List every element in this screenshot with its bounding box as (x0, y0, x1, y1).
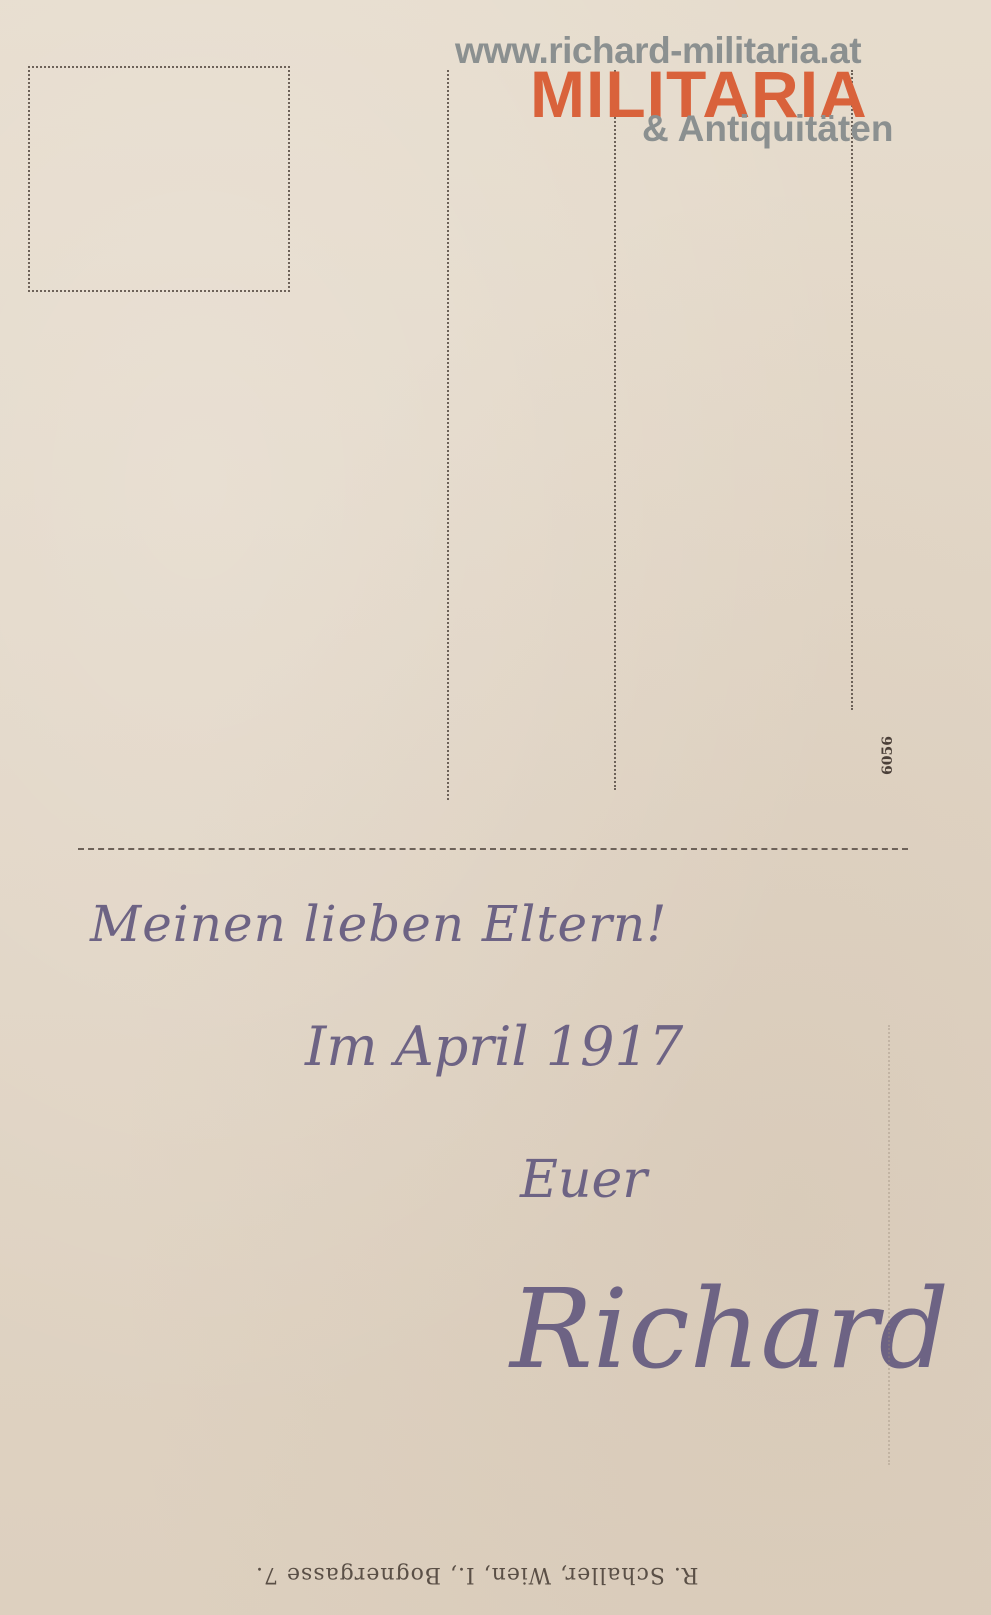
stamp-placeholder-box (28, 66, 290, 292)
handwritten-signature: Richard (510, 1265, 949, 1393)
postcard-back: www.richard-militaria.at MILITARIA & Ant… (0, 0, 991, 1615)
watermark-subtitle: & Antiquitäten (642, 108, 893, 150)
faded-stamp-edge (888, 1025, 936, 1465)
horizontal-divider (78, 848, 908, 850)
serial-number: 6056 (880, 736, 896, 775)
handwritten-closing: Euer (520, 1150, 647, 1210)
publisher-imprint: R. Schaller, Wien, I., Bognergasse 7. (255, 1562, 699, 1587)
handwritten-greeting: Meinen lieben Eltern! (90, 895, 667, 953)
handwritten-date: Im April 1917 (305, 1015, 683, 1078)
address-divider-right (851, 70, 853, 710)
address-divider-middle (614, 70, 616, 790)
address-divider-left (447, 70, 449, 800)
